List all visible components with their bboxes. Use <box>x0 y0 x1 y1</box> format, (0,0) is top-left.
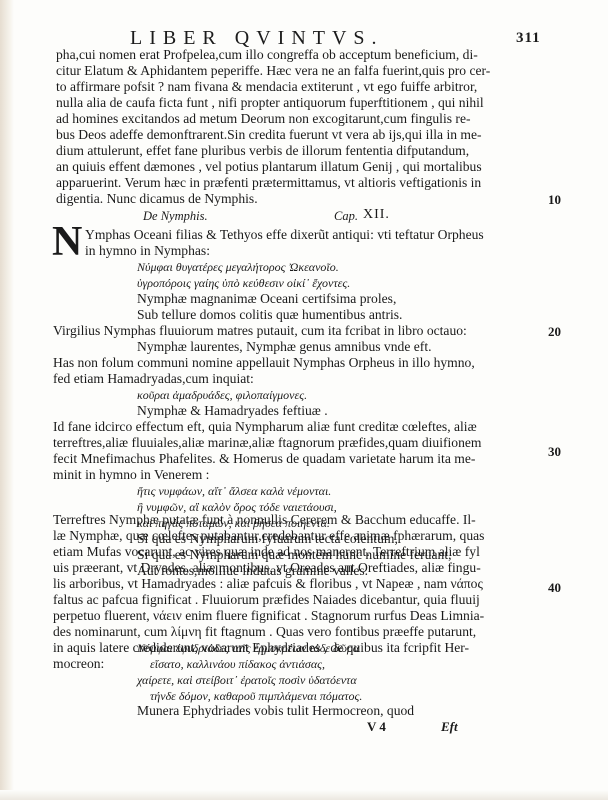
greek-verse-line: ὑγροπόροις γαίης ὑπὸ κεύθεσιν οἰκί᾽ ἔχον… <box>137 275 350 291</box>
text-line: etiam Mufas vocarunt, ac vires quæ inde … <box>53 544 480 560</box>
page-gutter-shadow <box>0 0 14 800</box>
text-line: terreftres,aliæ fluuiales,aliæ marinæ,al… <box>53 435 481 451</box>
chapter-label: Cap. <box>334 208 358 224</box>
verse-line: Nymphæ laurentes, Nymphæ genus amnibus v… <box>137 339 432 355</box>
text-line: fed etiam Hamadryadas,cum inquiat: <box>53 371 254 387</box>
text-line: citur Elatum & Aphidantem peperiffe. Hæc… <box>56 63 490 79</box>
greek-verse-line: Νύμφαι θυγατέρες μεγαλήτορος Ὠκεανοῖο. <box>137 259 339 275</box>
line-number-marker: 30 <box>548 444 561 460</box>
text-line: apparuerint. Verum hæc in præfenti præte… <box>56 175 481 191</box>
text-line: minit in hymno in Venerem : <box>53 467 209 483</box>
text-line: læ Nymphæ, quæ cœleftes putabantur,crede… <box>53 528 484 544</box>
greek-verse-line: ἥτις νυμφάων, αἵτ᾽ ἄλσεα καλὰ νέμονται. <box>137 483 331 499</box>
chapter-title: De Nymphis. <box>143 208 208 224</box>
greek-verse-line: Νύμφαι ἐφυδριάδες ταῖς ἑρμοκρέων τάδε δῶ… <box>137 640 359 656</box>
text-line: Has non folum communi nomine appellauit … <box>53 355 475 371</box>
drop-cap: N <box>52 225 82 259</box>
signature-mark: V 4 <box>367 719 386 735</box>
text-line: Terreftres Nymphæ putatæ funt à nonnulli… <box>53 512 476 528</box>
verse-line: Nymphæ magnanimæ Oceani certifsima prole… <box>137 291 396 307</box>
verse-line: Munera Ephydriades vobis tulit Hermocreo… <box>137 703 414 719</box>
text-line: perpetuo fluerent, νάειν enim fluere fig… <box>53 608 484 624</box>
text-line: bus Deos adeffe demonftrarent.Sin credit… <box>56 127 482 143</box>
verse-line: Nymphæ & Hamadryades feftiuæ . <box>137 403 328 419</box>
page-bottom-shadow <box>0 790 608 800</box>
greek-verse-line: εἵσατο, καλλινάου πίδακος ἀντιάσας, <box>150 656 325 672</box>
text-line: fecit Mnefimachus Phafelites. & Homerus … <box>53 451 475 467</box>
greek-verse-line: τήνδε δόμον, καθαροῦ πιμπλάμεναι πόματος… <box>150 688 362 704</box>
text-line: ad homines excitandos ad metum Deorum no… <box>56 111 471 127</box>
verse-line: Sub tellure domos colitis quæ humentibus… <box>137 307 402 323</box>
text-line: lis arboribus, vt Hamadryades : aliæ paf… <box>53 576 483 592</box>
text-line: Virgilius Nymphas fluuiorum matres putau… <box>53 323 467 339</box>
page-number: 311 <box>516 30 541 47</box>
text-line: faltus ac pafcua fignificat . Fluuiorum … <box>53 592 480 608</box>
greek-verse-line: κοῦραι ἁμαδρυάδες, φιλοπαίγμονες. <box>137 387 307 403</box>
chapter-number: XII. <box>363 207 390 223</box>
line-number-marker: 40 <box>548 580 561 596</box>
text-line: to affirmare pofsit ? nam fivana & menda… <box>56 79 477 95</box>
text-line: pha,cui nomen erat Profpelea,cum illo co… <box>56 47 478 63</box>
text-line: dium attulerunt, effet fane pluribus ver… <box>56 143 469 159</box>
text-line: Id fane idcirco effectum eft, quia Nymph… <box>53 419 477 435</box>
text-line: an quiuis effent dæmones , vel potius pl… <box>56 159 482 175</box>
text-line: uis præerant, vt Dryades, aliæ montibus,… <box>53 560 481 576</box>
text-line: mocreon: <box>53 656 104 672</box>
text-line: digentia. Nunc dicamus de Nymphis. <box>56 191 258 207</box>
text-line: Ymphas Oceani filias & Tethyos effe dixe… <box>85 227 484 243</box>
catchword: Eft <box>441 719 458 735</box>
text-line: in hymno in Nymphas: <box>85 243 210 259</box>
greek-verse-line: χαίρετε, καὶ στείβοιτ᾽ ἐρατοῖς ποσὶν ὑδα… <box>137 672 357 688</box>
line-number-marker: 10 <box>548 192 561 208</box>
line-number-marker: 20 <box>548 324 561 340</box>
text-line: des nominarunt, cum λίμνη fit ftagnum . … <box>53 624 476 640</box>
text-line: nulla alia de caufa ficta funt , nifi pr… <box>56 95 484 111</box>
